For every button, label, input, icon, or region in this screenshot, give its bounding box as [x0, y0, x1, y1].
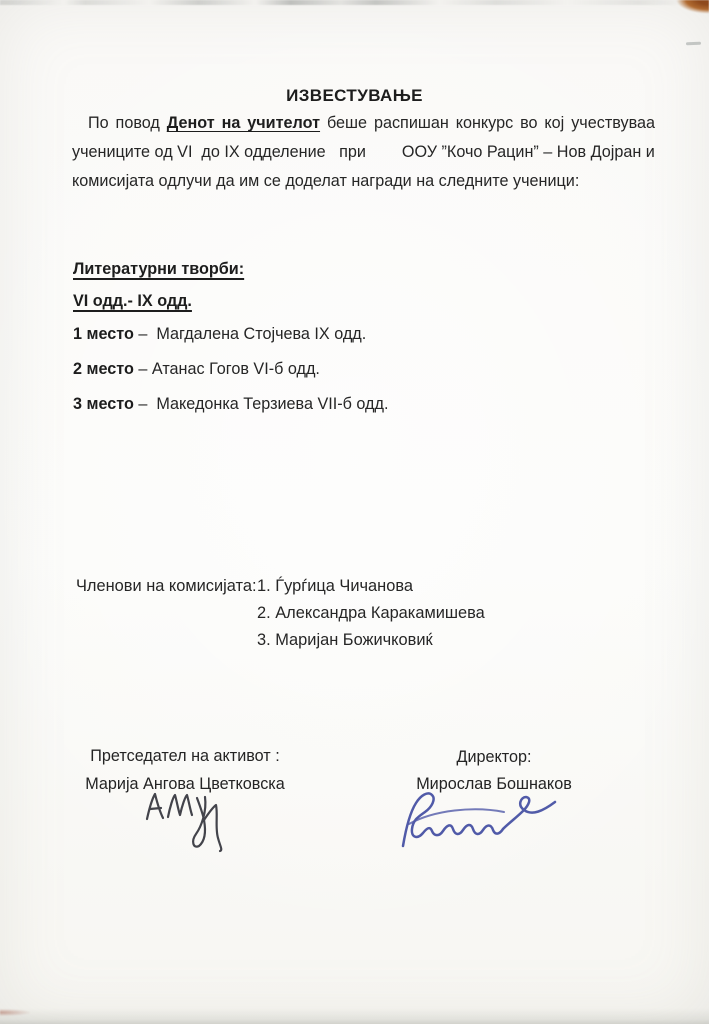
commission-members-list: 1. Ѓурѓица Чичанова 2. Александра Карака… — [257, 573, 485, 654]
award-winner: – Македонка Терзиева VII-б одд. — [134, 395, 389, 413]
scan-artifact-bottom-edge — [0, 1008, 709, 1024]
award-row-first-place: 1 место – Магдалена Стојчева IX одд. — [73, 322, 366, 346]
scan-artifact-bottom-left-stain — [0, 1009, 30, 1016]
award-label: 2 место — [73, 360, 134, 378]
award-winner: – Атанас Гогов VI-б одд. — [134, 360, 320, 378]
intro-line1-suffix: беше распишан конкурс во кој учествуваа — [320, 114, 655, 132]
award-label: 3 место — [73, 395, 134, 413]
commission-member: 1. Ѓурѓица Чичанова — [257, 573, 485, 600]
scan-artifact-dash-mark — [686, 42, 701, 46]
president-role-label: Претседател на активот : — [70, 742, 300, 770]
intro-line-2: учениците од VI до IX одделение при ООУ … — [72, 138, 655, 167]
intro-paragraph: По повод Денот на учителот беше распишан… — [72, 109, 655, 196]
scan-artifact-top-edge — [0, 0, 709, 5]
director-role-label: Директор: — [394, 744, 594, 771]
intro-line1-emphasis: Денот на учителот — [167, 114, 320, 132]
commission-label: Членови на комисијата: — [76, 573, 257, 600]
award-row-third-place: 3 место – Македонка Терзиева VII-б одд. — [73, 392, 388, 416]
president-handwritten-signature-icon — [138, 786, 233, 858]
scanned-document-page: ИЗВЕСТУВАЊЕ По повод Денот на учителот б… — [0, 0, 709, 1024]
intro-line1-prefix: По повод — [88, 114, 167, 132]
award-row-second-place: 2 место – Атанас Гогов VI-б одд. — [73, 357, 320, 381]
commission-member: 3. Маријан Божичковиќ — [257, 627, 485, 654]
document-title: ИЗВЕСТУВАЊЕ — [0, 86, 709, 106]
section-heading-grades-range: VI одд.- IX одд. — [73, 290, 192, 312]
intro-line-3: комисијата одлучи да им се доделат награ… — [72, 167, 655, 196]
award-winner: – Магдалена Стојчева IX одд. — [134, 325, 366, 343]
intro-line-1: По повод Денот на учителот беше распишан… — [72, 109, 655, 138]
commission-member: 2. Александра Каракамишева — [257, 600, 485, 627]
section-heading-literary-works: Литературни творби: — [73, 258, 244, 280]
scan-artifact-corner-stain — [675, 0, 709, 16]
award-label: 1 место — [73, 325, 134, 343]
director-handwritten-signature-icon — [396, 786, 566, 858]
